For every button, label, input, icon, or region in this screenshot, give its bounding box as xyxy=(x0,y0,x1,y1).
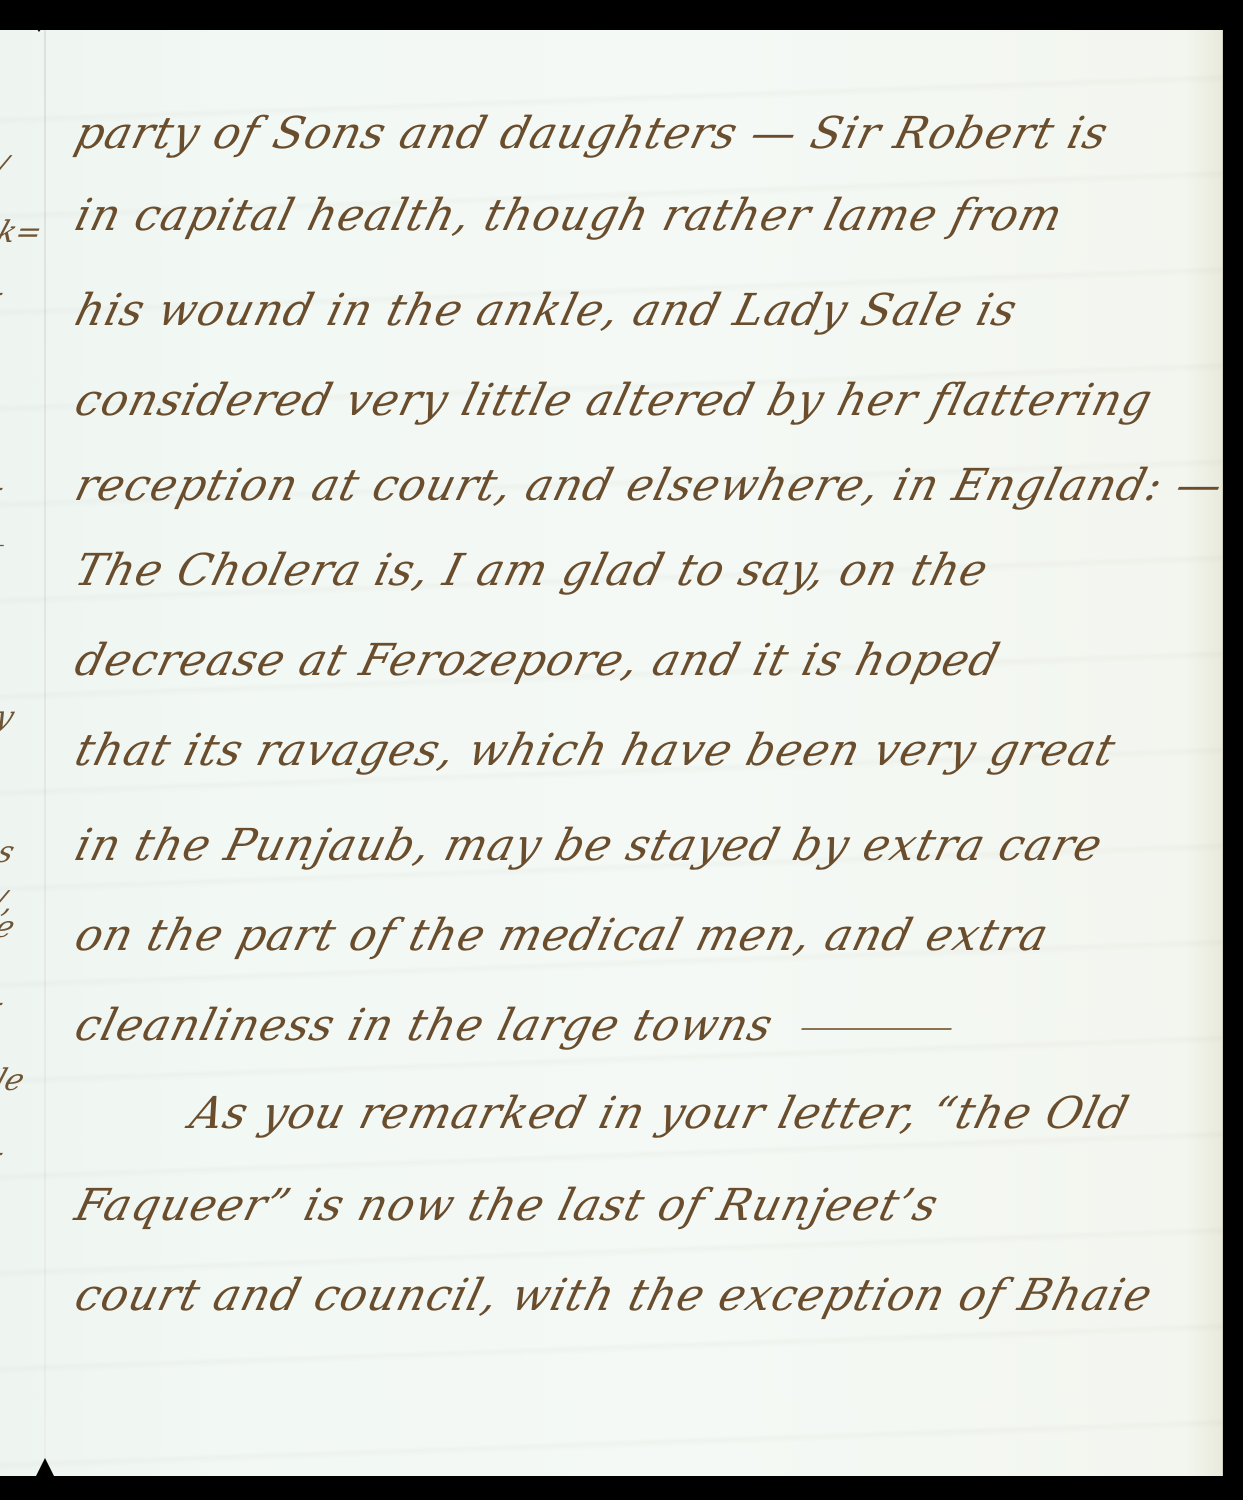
letter-line: The Cholera is, I am glad to say, on the xyxy=(70,545,994,596)
margin-fragment: k= xyxy=(0,215,47,250)
letter-paragraph-start: As you remarked in your letter, “the Old xyxy=(185,1088,1134,1139)
margin-fragment: - xyxy=(0,275,10,310)
margin-fragment: / xyxy=(0,150,12,185)
letter-line: court and council, with the exception of… xyxy=(70,1270,1158,1321)
letter-line: in capital health, though rather lame fr… xyxy=(70,190,1068,241)
letter-line-text: cleanliness in the large towns xyxy=(70,1000,778,1051)
margin-fragment: le xyxy=(0,1063,29,1098)
margin-fragment: _ xyxy=(0,512,15,547)
letter-line: his wound in the ankle, and Lady Sale is xyxy=(70,285,1023,336)
closing-dash xyxy=(801,1028,951,1030)
letter-line: Faqueer” is now the last of Runjeet’s xyxy=(70,1180,944,1231)
letter-line: considered very little altered by her fl… xyxy=(70,375,1158,426)
previous-page-margin: / k= - - _ y s /, e - le - xyxy=(0,30,70,1476)
margin-fragment: - xyxy=(0,470,10,505)
letter-line: that its ravages, which have been very g… xyxy=(70,725,1121,776)
margin-fragment: e xyxy=(0,910,19,945)
letter-line: on the part of the medical men, and extr… xyxy=(70,910,1054,961)
letter-line: decrease at Ferozepore, and it is hoped xyxy=(70,635,1005,686)
margin-fragment: - xyxy=(0,985,10,1020)
letter-line: party of Sons and daughters — Sir Robert… xyxy=(70,108,1114,159)
letter-line: in the Punjaub, may be stayed by extra c… xyxy=(70,820,1108,871)
margin-fragment: y xyxy=(0,700,19,735)
margin-fragment: - xyxy=(0,1135,10,1170)
margin-fragment: s xyxy=(0,835,19,870)
letter-line: reception at court, and elsewhere, in En… xyxy=(70,460,1228,511)
letter-line-with-dash: cleanliness in the large towns xyxy=(70,1000,958,1051)
